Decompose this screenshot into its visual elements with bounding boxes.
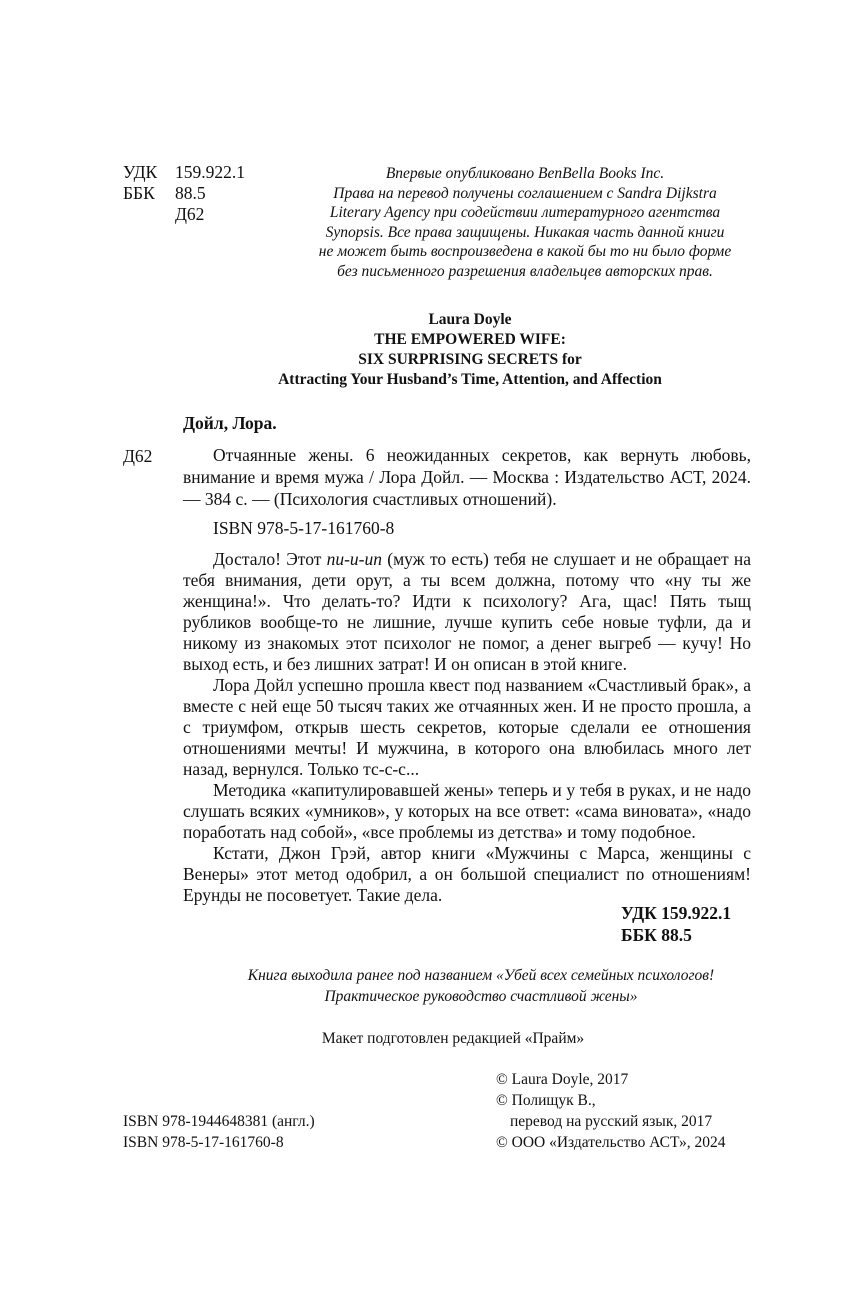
annotation-paragraph: Достало! Этот пи-и-ип (муж то есть) тебя…: [183, 549, 751, 675]
copyright-line: © Полищук В.,: [496, 1090, 726, 1111]
author-mark: Д62: [175, 204, 204, 225]
annotation-paragraph: Лора Дойл успешно прошла квест под назва…: [183, 675, 751, 780]
layout-note: Макет подготовлен редакцией «Прайм»: [200, 1030, 706, 1048]
rights-line: без письменного разрешения владельцев ав…: [292, 262, 758, 282]
previous-title-line: Практическое руководство счастливой жены…: [195, 986, 767, 1007]
udk-value: 159.922.1: [175, 162, 245, 183]
annotation-paragraph: Методика «капитулировавшей жены» теперь …: [183, 780, 751, 843]
footer-bbk: ББК 88.5: [621, 924, 731, 946]
previous-title-note: Книга выходила ранее под названием «Убей…: [195, 965, 767, 1007]
catalog-mark: Д62: [123, 446, 152, 467]
annotation-paragraph: Кстати, Джон Грэй, автор книги «Мужчины …: [183, 843, 751, 906]
original-title: THE EMPOWERED WIFE:: [200, 330, 740, 350]
original-subtitle-2: Attracting Your Husband’s Time, Attentio…: [200, 370, 740, 390]
rights-line: не может быть воспроизведена в какой бы …: [292, 242, 758, 262]
rights-line: Synopsis. Все права защищены. Никакая ча…: [292, 223, 758, 243]
catalog-isbn: ISBN 978-5-17-161760-8: [213, 518, 394, 539]
bbk-value: 88.5: [175, 183, 206, 204]
bibliographic-description: Отчаянные жены. 6 неожиданных секретов, …: [183, 444, 751, 510]
classification-codes: УДК159.922.1 ББК88.5 Д62: [123, 162, 245, 225]
annotation: Достало! Этот пи-и-ип (муж то есть) тебя…: [183, 549, 751, 906]
isbn-list: ISBN 978-1944648381 (англ.) ISBN 978-5-1…: [123, 1111, 315, 1153]
rights-line: Literary Agency при содействии литератур…: [292, 203, 758, 223]
udk-label: УДК: [123, 162, 175, 183]
original-title-block: Laura Doyle THE EMPOWERED WIFE: SIX SURP…: [200, 310, 740, 390]
author-heading: Дойл, Лора.: [183, 413, 277, 434]
rights-notice: Впервые опубликовано BenBella Books Inc.…: [292, 164, 758, 282]
copyright-line: © Laura Doyle, 2017: [496, 1069, 726, 1090]
description-text: Отчаянные жены. 6 неожиданных секретов, …: [183, 444, 751, 510]
classification-footer: УДК 159.922.1 ББК 88.5: [621, 902, 731, 946]
copyright-line: перевод на русский язык, 2017: [496, 1111, 726, 1132]
original-subtitle-1: SIX SURPRISING SECRETS for: [200, 350, 740, 370]
rights-line: Права на перевод получены соглашением с …: [292, 184, 758, 204]
isbn-russian: ISBN 978-5-17-161760-8: [123, 1132, 315, 1153]
isbn-english: ISBN 978-1944648381 (англ.): [123, 1111, 315, 1132]
bbk-label: ББК: [123, 183, 175, 204]
copyright-line: © ООО «Издательство АСТ», 2024: [496, 1132, 726, 1153]
previous-title-line: Книга выходила ранее под названием «Убей…: [195, 965, 767, 986]
copyrights: © Laura Doyle, 2017 © Полищук В., перево…: [496, 1069, 726, 1153]
original-author: Laura Doyle: [200, 310, 740, 330]
footer-udk: УДК 159.922.1: [621, 902, 731, 924]
rights-line: Впервые опубликовано BenBella Books Inc.: [292, 164, 758, 184]
